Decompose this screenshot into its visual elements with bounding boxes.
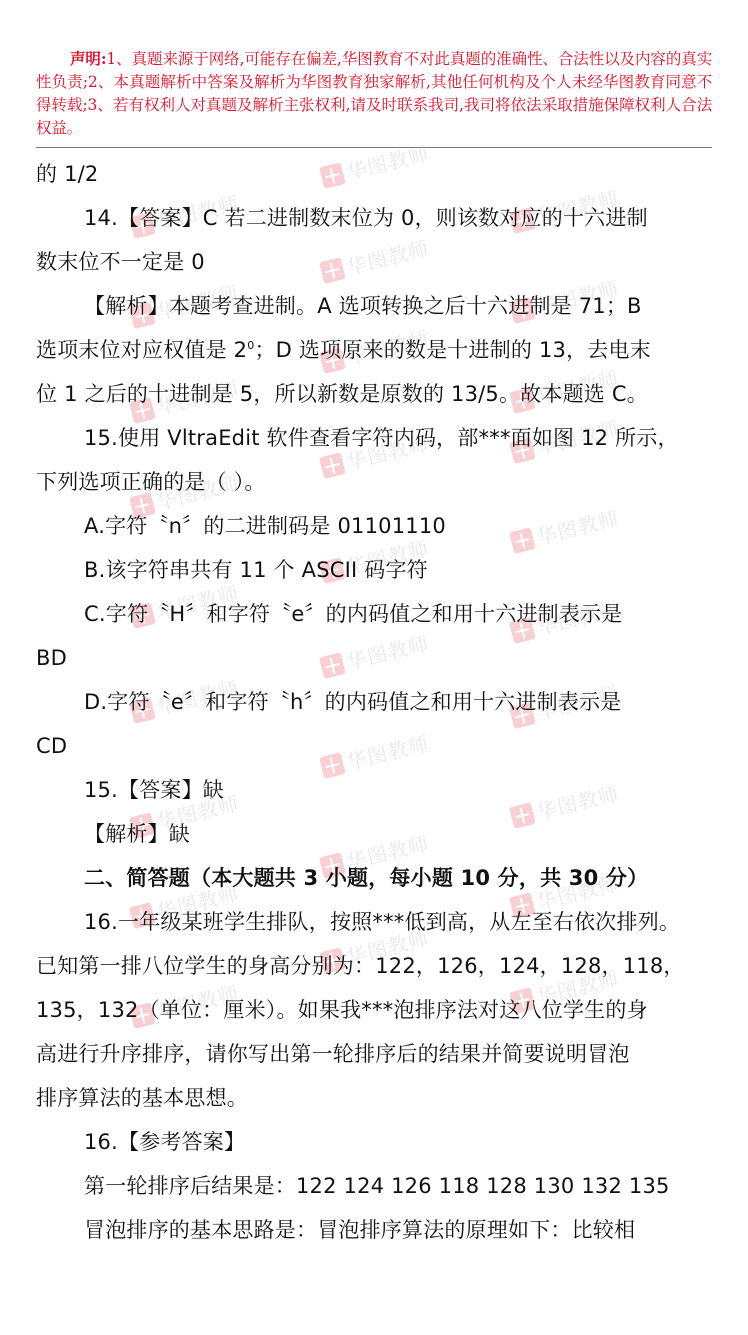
option-d: D.字符〝e〞和字符〝h〞的内码值之和用十六进制表示是 [36,680,712,724]
header-divider [36,147,712,148]
disclaimer-label: 声明: [70,49,106,68]
text-line: 高进行升序排序，请你写出第一轮排序后的结果并简要说明冒泡 [36,1032,712,1076]
text-line: 已知第一排八位学生的身高分别为：122，126，124，128，118， [36,944,712,988]
answer-14-line: 14.【答案】C 若二进制数末位为 0，则该数对应的十六进制 [36,196,712,240]
text-line: 的 1/2 [36,152,712,196]
text-line: 数末位不一定是 0 [36,240,712,284]
text-line: CD [36,724,712,768]
text-line: BD [36,636,712,680]
disclaimer-text: 1、真题来源于网络,可能存在偏差,华图教育不对此真题的准确性、合法性以及内容的真… [36,50,712,137]
document-body: 的 1/2 14.【答案】C 若二进制数末位为 0，则该数对应的十六进制 数末位… [36,152,712,1252]
section-heading: 二、简答题（本大题共 3 小题，每小题 10 分，共 30 分） [36,856,712,900]
text-line: 135，132（单位：厘米）。如果我***泡排序法对这八位学生的身 [36,988,712,1032]
text-line: 排序算法的基本思想。 [36,1076,712,1120]
text-line: 第一轮排序后结果是：122 124 126 118 128 130 132 13… [36,1164,712,1208]
question-16-line: 16.一年级某班学生排队，按照***低到高，从左至右依次排列。 [36,900,712,944]
analysis-14-line: 【解析】本题考查进制。A 选项转换之后十六进制是 71；B [36,284,712,328]
question-15-line: 15.使用 VltraEdit 软件查看字符内码，部***面如图 12 所示， [36,416,712,460]
option-c: C.字符〝H〞和字符〝e〞的内码值之和用十六进制表示是 [36,592,712,636]
answer-15-line: 15.【答案】缺 [36,768,712,812]
disclaimer-notice: 声明:1、真题来源于网络,可能存在偏差,华图教育不对此真题的准确性、合法性以及内… [36,47,712,140]
text-line: 位 1 之后的十进制是 5，所以新数是原数的 13/5。故本题选 C。 [36,372,712,416]
text-line: 冒泡排序的基本思路是：冒泡排序算法的原理如下：比较相 [36,1208,712,1252]
text-line: 选项末位对应权值是 20；D 选项原来的数是十进制的 13，去电末 [36,328,712,372]
option-a: A.字符〝n〞的二进制码是 01101110 [36,504,712,548]
option-b: B.该字符串共有 11 个 ASCII 码字符 [36,548,712,592]
analysis-15-line: 【解析】缺 [36,812,712,856]
text-line: 下列选项正确的是（ ）。 [36,460,712,504]
reference-answer-16-line: 16.【参考答案】 [36,1120,712,1164]
